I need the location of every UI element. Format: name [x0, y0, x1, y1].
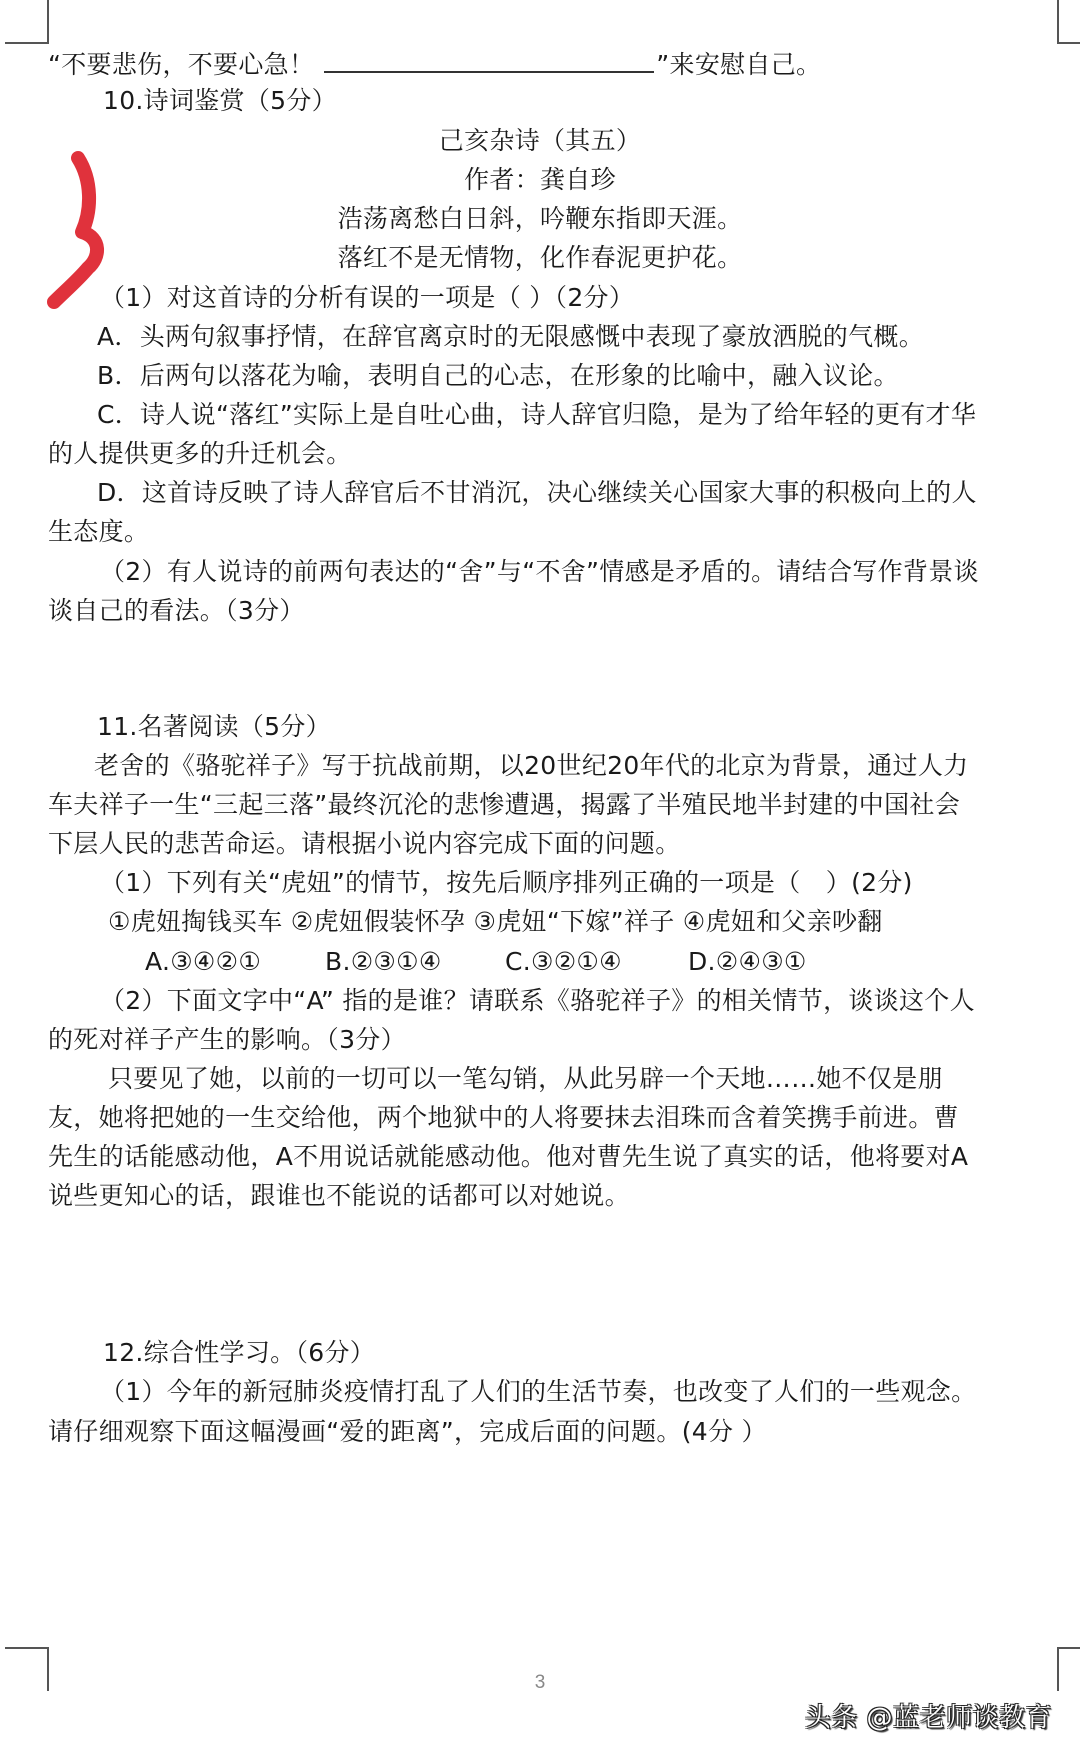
q11-choice-a[interactable]: A.③④②① [145, 945, 261, 979]
crop-mark-top-right-h [1057, 42, 1080, 44]
q11-passage-line3: 先生的话能感动他，A不用说话就能感动他。他对曹先生说了真实的话，他将要对A [48, 1140, 968, 1174]
q11-passage-line4: 说些更知心的话，跟谁也不能说的话都可以对她说。 [48, 1179, 630, 1213]
q9-prefix: “不要悲伤，不要心急！ [48, 50, 314, 79]
poem-title: 己亥杂诗（其五） [0, 124, 1080, 158]
q10-sub1-stem: （1）对这首诗的分析有误的一项是（ ）（2分） [100, 281, 634, 315]
q11-choice-c[interactable]: C.③②①④ [505, 945, 622, 979]
q9-suffix: ”来安慰自己。 [656, 50, 821, 79]
q10-option-c-line2[interactable]: 的人提供更多的升迁机会。 [48, 437, 352, 471]
q10-title: 10.诗词鉴赏（5分） [103, 84, 337, 118]
q12-sub1-line2: 请仔细观察下面这幅漫画“爱的距离”，完成后面的问题。(4分 ） [48, 1415, 767, 1449]
crop-mark-bottom-left-h [5, 1647, 49, 1649]
crop-mark-bottom-right-h [1057, 1647, 1080, 1649]
q12-sub1-line1: （1）今年的新冠肺炎疫情打乱了人们的生活节奏，也改变了人们的一些观念。 [100, 1375, 976, 1409]
q11-intro-line2: 车夫祥子一生“三起三落”最终沉沦的悲惨遭遇，揭露了半殖民地半封建的中国社会 [48, 788, 960, 822]
q11-title: 11.名著阅读（5分） [97, 710, 331, 744]
q11-passage-line2: 友，她将把她的一生交给他，两个地狱中的人将要抹去泪珠而含着笑携手前进。曹 [48, 1101, 959, 1135]
q11-sub1-events: ①虎妞掏钱买车 ②虎妞假装怀孕 ③虎妞“下嫁”祥子 ④虎妞和父亲吵翻 [108, 905, 883, 939]
crop-mark-top-left-v [47, 0, 49, 44]
q10-option-c-line1[interactable]: C．诗人说“落红”实际上是自吐心曲，诗人辞官归隐，是为了给年轻的更有才华 [97, 398, 976, 432]
crop-mark-top-left-h [5, 42, 49, 44]
poem-line-1: 浩荡离愁白日斜，吟鞭东指即天涯。 [0, 202, 1080, 236]
q11-passage-line1: 只要见了她，以前的一切可以一笔勾销，从此另辟一个天地……她不仅是朋 [108, 1062, 943, 1096]
q9-tail-line: “不要悲伤，不要心急！”来安慰自己。 [48, 45, 821, 82]
q10-option-d-line1[interactable]: D．这首诗反映了诗人辞官后不甘消沉，决心继续关心国家大事的积极向上的人 [97, 476, 977, 510]
poem-author: 作者：龚自珍 [0, 163, 1080, 197]
poem-line-2: 落红不是无情物，化作春泥更护花。 [0, 241, 1080, 275]
q12-title: 12.综合性学习。（6分） [103, 1336, 375, 1370]
watermark: 头条 @蓝老师谈教育 [805, 1697, 1052, 1734]
q11-choice-d[interactable]: D.②④③① [688, 945, 807, 979]
q11-choice-b[interactable]: B.②③①④ [325, 945, 442, 979]
crop-mark-top-right-v [1057, 0, 1059, 44]
q11-sub2-line2: 的死对祥子产生的影响。（3分） [48, 1023, 406, 1057]
page-number: 3 [0, 1672, 1080, 1694]
q10-option-b[interactable]: B．后两句以落花为喻，表明自己的心志，在形象的比喻中，融入议论。 [97, 359, 899, 393]
q11-intro-line1: 老舍的《骆驼祥子》写于抗战前期，以20世纪20年代的北京为背景，通过人力 [94, 749, 968, 783]
answer-blank[interactable] [324, 45, 654, 73]
q10-sub2-line1: （2）有人说诗的前两句表达的“舍”与“不舍”情感是矛盾的。请结合写作背景谈 [100, 555, 979, 589]
q11-sub1-stem: （1）下列有关“虎妞”的情节，按先后顺序排列正确的一项是（ ）(2分) [100, 866, 913, 900]
q10-sub2-line2: 谈自己的看法。（3分） [48, 594, 305, 628]
q10-option-a[interactable]: A．头两句叙事抒情，在辞官离京时的无限感慨中表现了豪放洒脱的气概。 [97, 320, 924, 354]
q10-option-d-line2[interactable]: 生态度。 [48, 515, 149, 549]
q11-intro-line3: 下层人民的悲苦命运。请根据小说内容完成下面的问题。 [48, 827, 681, 861]
q11-sub2-line1: （2）下面文字中“A” 指的是谁？请联系《骆驼祥子》的相关情节，谈谈这个人 [100, 984, 975, 1018]
